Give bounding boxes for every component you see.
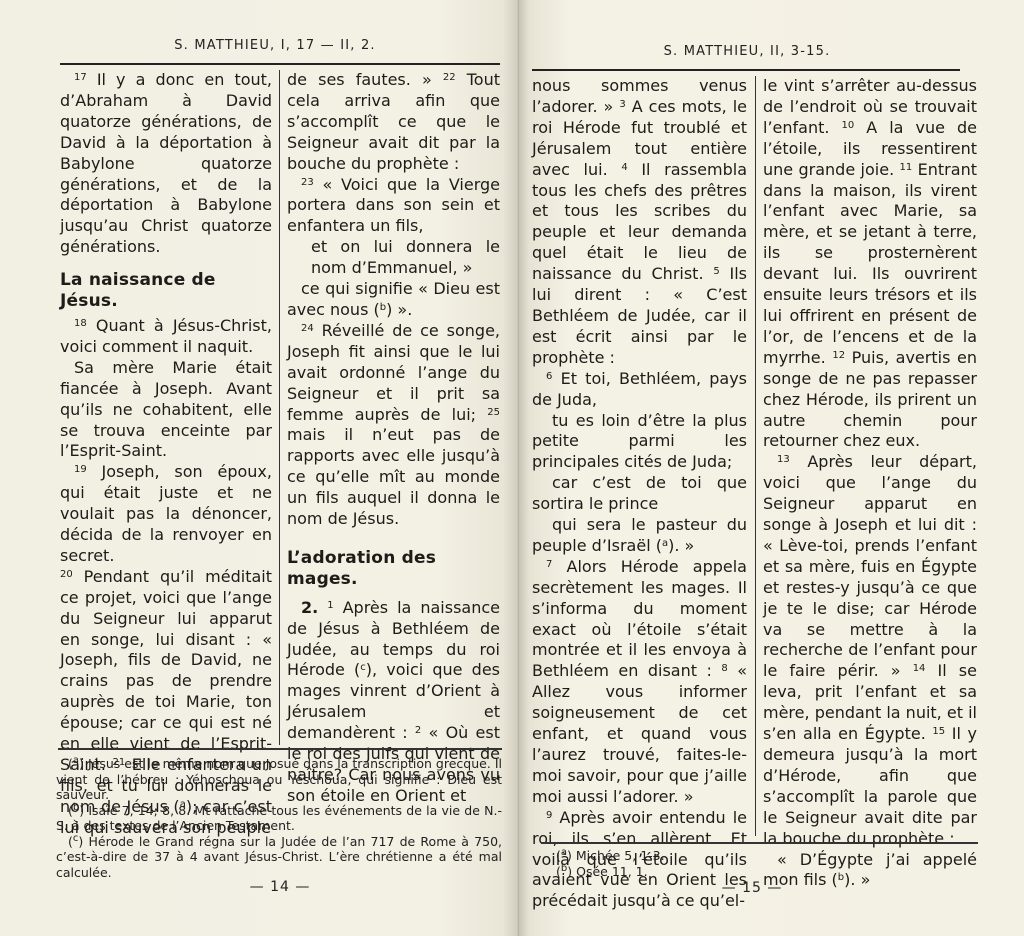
verse-paragraph: Sa mère Marie était fiancée à Joseph. Av… bbox=[60, 358, 272, 463]
running-head: S. MATTHIEU, II, 3-15. bbox=[533, 44, 961, 59]
left-page: S. MATTHIEU, I, 17 — II, 2. 17 Il y a do… bbox=[0, 0, 519, 936]
header-rule bbox=[60, 63, 500, 65]
quote-line: 23 « Voici que la Vierge portera dans so… bbox=[287, 175, 500, 238]
footnote-rule bbox=[541, 842, 978, 844]
verse-paragraph: 18 Quant à Jésus-Christ, voici comment i… bbox=[60, 316, 272, 358]
quote-line: 6 Et toi, Bethléem, pays de Juda, bbox=[532, 369, 747, 411]
page-number: — 15 — bbox=[532, 880, 972, 896]
right-column-1: nous sommes venus l’adorer. » 3 A ces mo… bbox=[532, 76, 747, 912]
section-heading: La naissance de Jésus. bbox=[60, 270, 272, 312]
column-rule bbox=[755, 76, 756, 836]
footnote: (b) Osée 11, 1. bbox=[556, 864, 976, 880]
section-heading: L’adoration des mages. bbox=[287, 548, 500, 590]
footnotes: (a) Michée 5, 1-3. (b) Osée 11, 1. bbox=[556, 848, 976, 879]
quote-line: car c’est de toi que sortira le prince bbox=[532, 473, 747, 515]
quote-line: et on lui donnera le nom d’Emmanuel, » bbox=[287, 237, 500, 279]
header-rule bbox=[532, 69, 960, 71]
right-page: S. MATTHIEU, II, 3-15. nous sommes venus… bbox=[519, 0, 1024, 936]
footnote: (c) Hérode le Grand régna sur la Judée d… bbox=[56, 834, 502, 881]
footnote: (a) Michée 5, 1-3. bbox=[556, 848, 976, 864]
verse-paragraph: 17 Il y a donc en tout, d’Abraham à Davi… bbox=[60, 70, 272, 258]
verse-paragraph: de ses fautes. » 22 Tout cela arriva afi… bbox=[287, 70, 500, 175]
footnotes: (a) Jésus est le même nom que Josué dans… bbox=[56, 756, 502, 880]
verse-paragraph: ce qui signifie « Dieu est avec nous (b)… bbox=[287, 279, 500, 321]
verse-paragraph: 24 Réveillé de ce songe, Joseph fit ains… bbox=[287, 321, 500, 530]
footnote: (b) Isaïe 7, 14; 8, 8. Mt rattache tous … bbox=[56, 803, 502, 834]
verse-paragraph: nous sommes venus l’adorer. » 3 A ces mo… bbox=[532, 76, 747, 369]
left-column-1: 17 Il y a donc en tout, d’Abraham à Davi… bbox=[60, 70, 272, 839]
left-column-2: de ses fautes. » 22 Tout cela arriva afi… bbox=[287, 70, 500, 807]
verse-paragraph: le vint s’arrêter au-dessus de l’endroit… bbox=[763, 76, 977, 452]
right-column-2: le vint s’arrêter au-dessus de l’endroit… bbox=[763, 76, 977, 891]
column-rule bbox=[279, 70, 280, 745]
verse-paragraph: 19 Joseph, son époux, qui était juste et… bbox=[60, 462, 272, 567]
footnote-rule bbox=[58, 748, 502, 750]
quote-line: tu es loin d’être la plus petite parmi l… bbox=[532, 411, 747, 474]
page-number: — 14 — bbox=[60, 879, 500, 895]
verse-paragraph: 13 Après leur départ, voici que l’ange d… bbox=[763, 452, 977, 849]
running-head: S. MATTHIEU, I, 17 — II, 2. bbox=[60, 38, 490, 53]
quote-line: qui sera le pasteur du peuple d’Israël (… bbox=[532, 515, 747, 557]
footnote: (a) Jésus est le même nom que Josué dans… bbox=[56, 756, 502, 803]
verse-paragraph: 7 Alors Hérode appela secrètement les ma… bbox=[532, 557, 747, 808]
